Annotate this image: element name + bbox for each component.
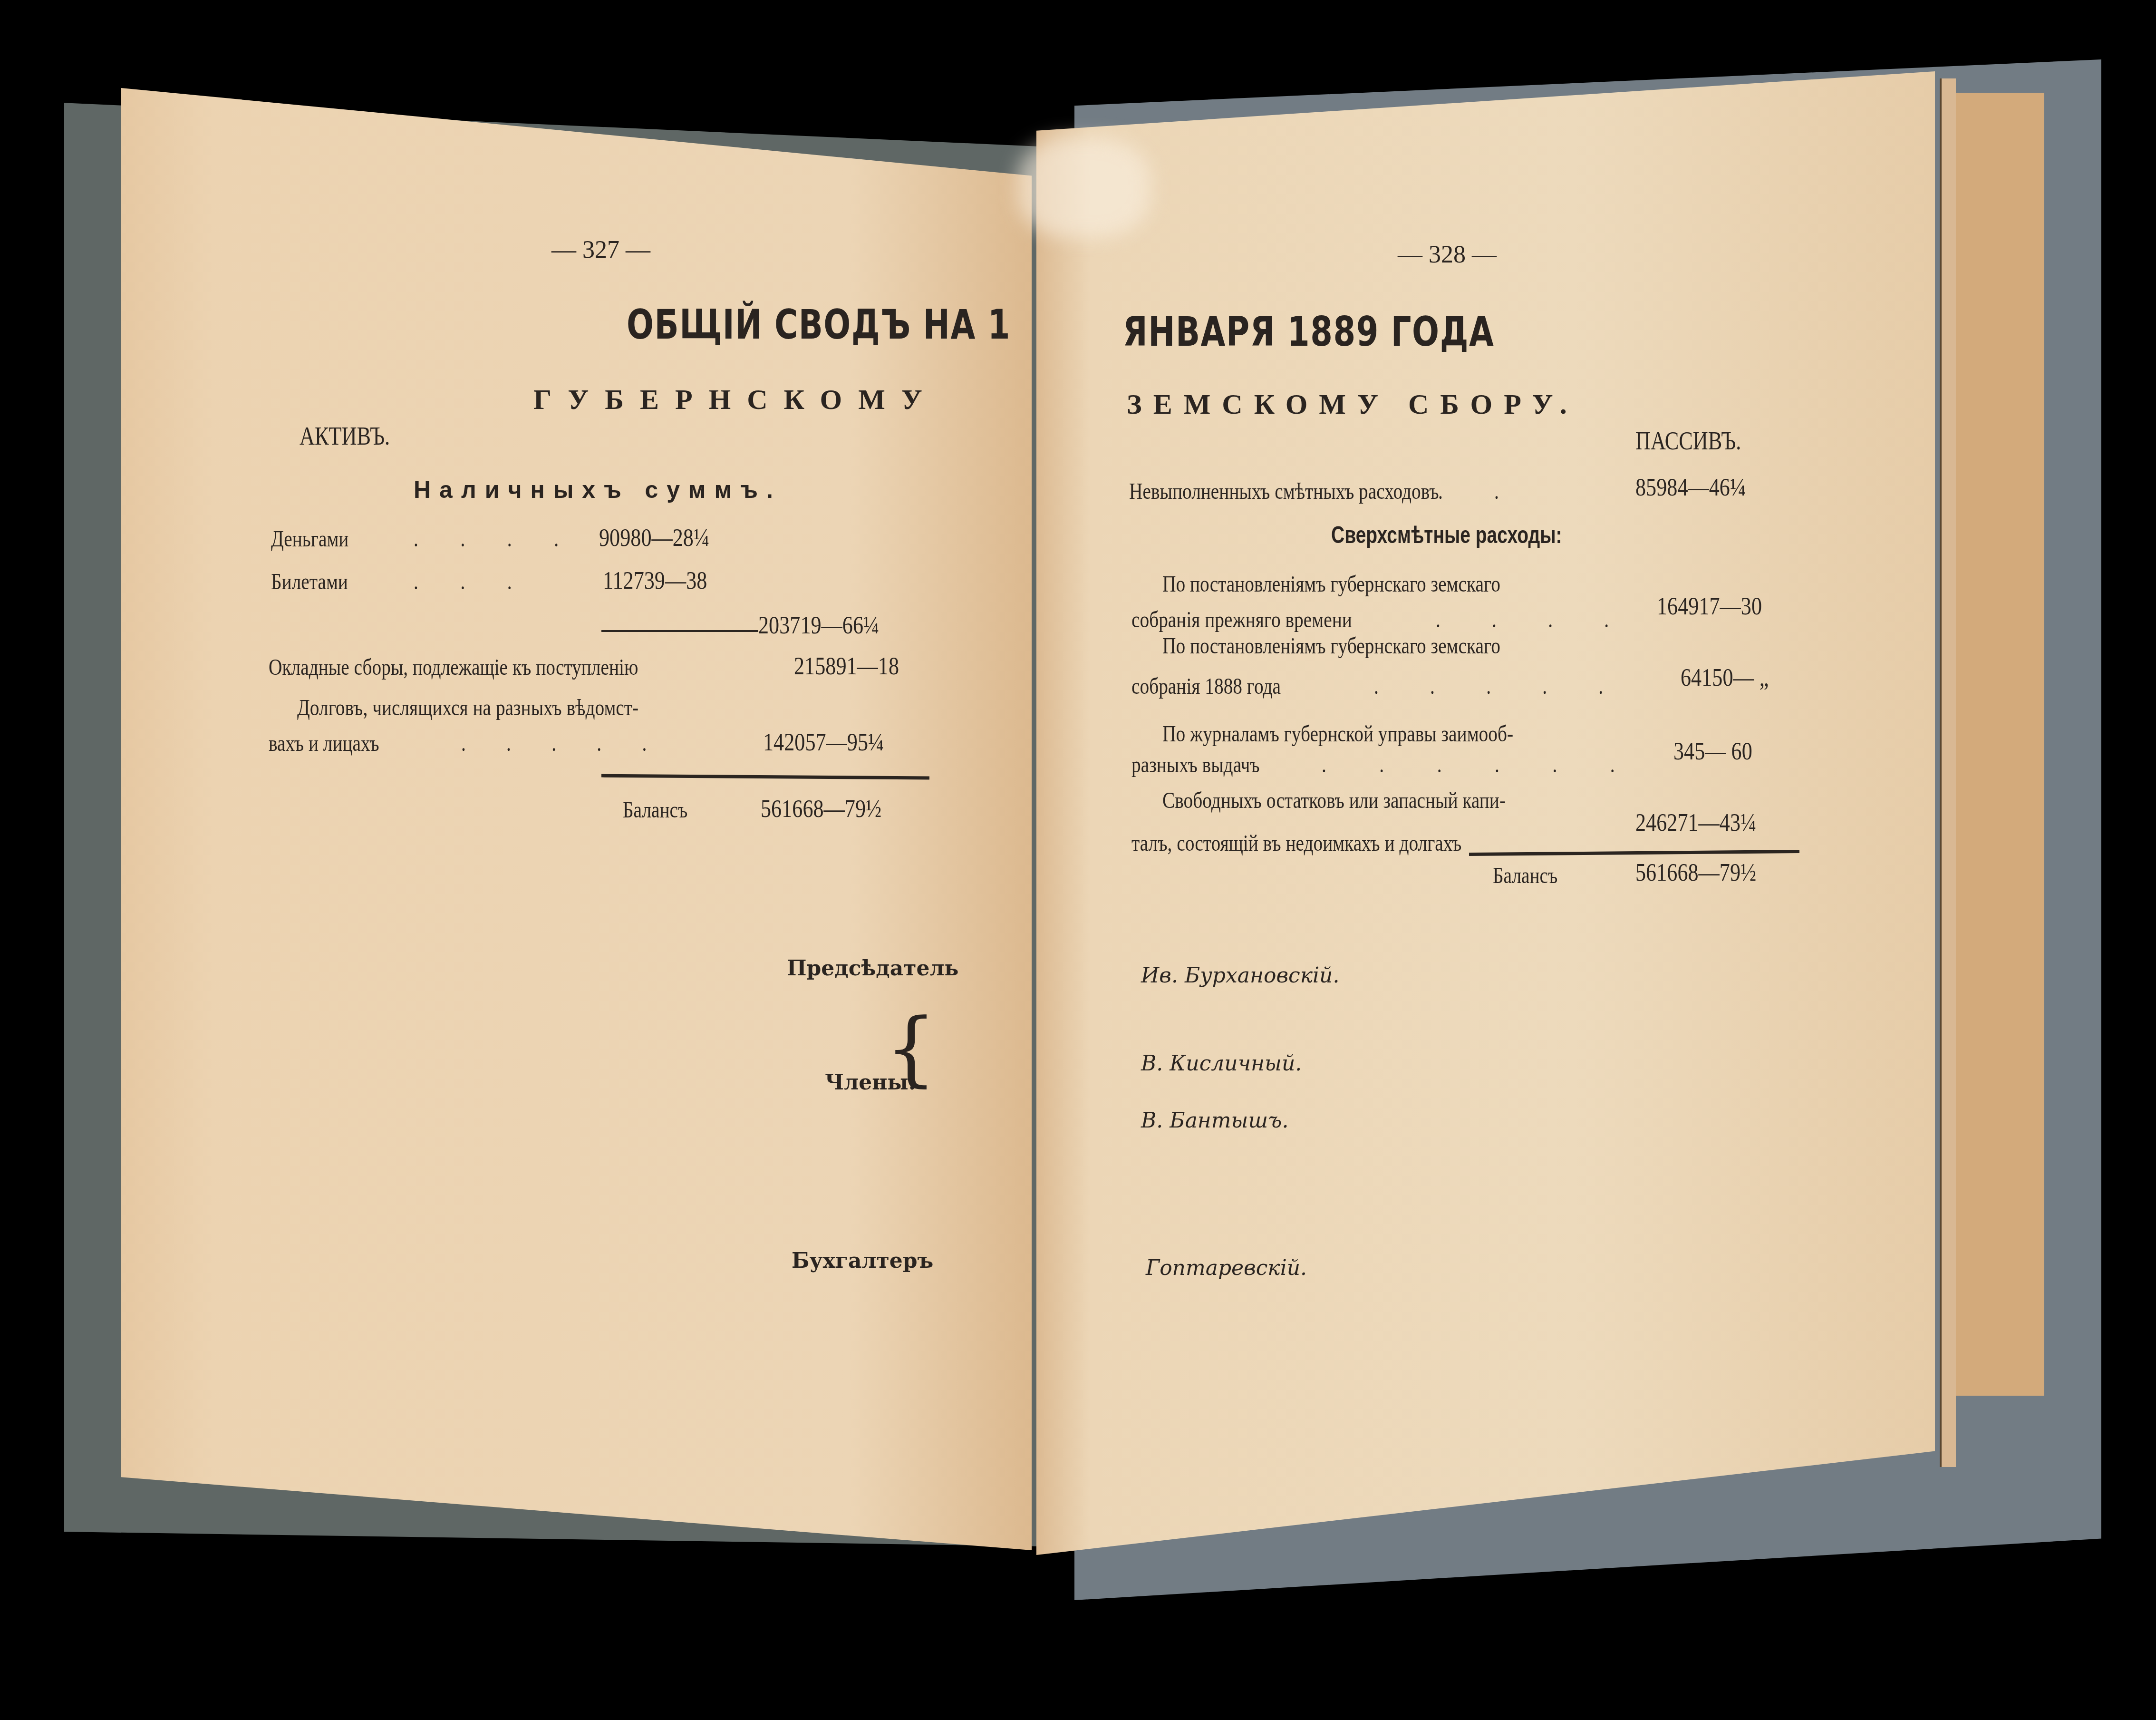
row-label: Деньгами	[271, 528, 348, 551]
row-value: 112739—38	[603, 569, 707, 593]
item-value: 64150— „	[1681, 666, 1769, 690]
item-line2: собранія прежняго времени	[1131, 609, 1352, 632]
row-value: 90980—28¼	[599, 526, 709, 551]
item-line2: собранія 1888 года	[1131, 675, 1281, 698]
subtotal-rule	[601, 630, 758, 632]
item-line1: По постановленіямъ губернскаго земскаго	[1162, 635, 1500, 658]
balance-label: Балансъ	[623, 799, 687, 822]
row-label: Долговъ, числящихся на разныхъ вѣдомст-	[297, 697, 638, 719]
members-brace: {	[885, 1008, 937, 1089]
member2-signature: В. Бантышъ.	[1141, 1110, 1288, 1131]
row-dots: . .	[1438, 480, 1522, 503]
item-value: 246271—43¼	[1635, 811, 1756, 836]
item-dots: . . . .	[1436, 609, 1632, 632]
chairman-label: Предсѣдатель	[787, 958, 958, 979]
item-value: 164917—30	[1657, 594, 1762, 619]
folio-328: — 328 —	[1398, 243, 1497, 267]
chairman-signature: Ив. Бурхановскій.	[1141, 965, 1339, 986]
title-part1: ОБЩІЙ СВОДЪ НА 1	[627, 304, 1011, 345]
row-dots: . . .	[414, 571, 531, 593]
page-328	[1036, 71, 1935, 1555]
section-heading-cash: Наличныхъ суммъ.	[414, 478, 782, 502]
item-line1: По журналамъ губернской управы заимооб-	[1162, 723, 1513, 746]
row-dots: . . . . .	[461, 732, 665, 755]
row-label: Окладные сборы, подлежащіе къ поступлені…	[269, 656, 638, 679]
item-line1: По постановленіямъ губернскаго земскаго	[1162, 573, 1500, 596]
member1-signature: В. Кисличный.	[1141, 1053, 1302, 1074]
passiv-label: ПАССИВЪ.	[1635, 428, 1741, 454]
row-label: Невыполненныхъ смѣтныхъ расходовъ	[1129, 480, 1439, 503]
title-part2: ЯНВАРЯ 1889 ГОДА	[1123, 311, 1494, 352]
accountant-label: Бухгалтеръ	[792, 1251, 933, 1272]
accountant-signature: Гоптаревскій.	[1146, 1258, 1307, 1279]
balance-value: 561668—79½	[1635, 861, 1756, 885]
item-dots: . . . . .	[1374, 675, 1626, 698]
row-label: Билетами	[271, 571, 348, 593]
item-dots: . . . . . .	[1322, 754, 1639, 777]
row-label: вахъ и лицахъ	[269, 732, 379, 755]
row-value: 85984—46¼	[1635, 476, 1746, 500]
folio-327: — 327 —	[551, 238, 650, 262]
balance-value: 561668—79½	[761, 797, 881, 822]
item-line1: Свободныхъ остатковъ или запасный капи-	[1162, 789, 1506, 812]
page-edges	[1940, 78, 1956, 1467]
item-value: 345— 60	[1673, 739, 1752, 764]
item-line2: талъ, состоящій въ недоимкахъ и долгахъ	[1131, 832, 1461, 855]
balance-label: Балансъ	[1493, 865, 1557, 887]
section-heading-extra: Сверхсмѣтные расходы:	[1331, 523, 1562, 547]
row-value: 142057—95¼	[763, 730, 884, 755]
row-dots: . . . .	[414, 528, 577, 551]
spaced-heading-part2: ЗЕМСКОМУ СБОРУ.	[1127, 390, 1578, 418]
water-stain	[1017, 138, 1151, 238]
endpaper	[1949, 93, 2044, 1396]
aktiv-label: АКТИВЪ.	[300, 423, 390, 449]
subtotal-value: 203719—66¼	[758, 613, 879, 638]
row-value: 215891—18	[794, 654, 899, 679]
item-line2: разныхъ выдачъ	[1131, 754, 1260, 777]
spaced-heading-part1: ГУБЕРНСКОМУ	[533, 385, 938, 414]
